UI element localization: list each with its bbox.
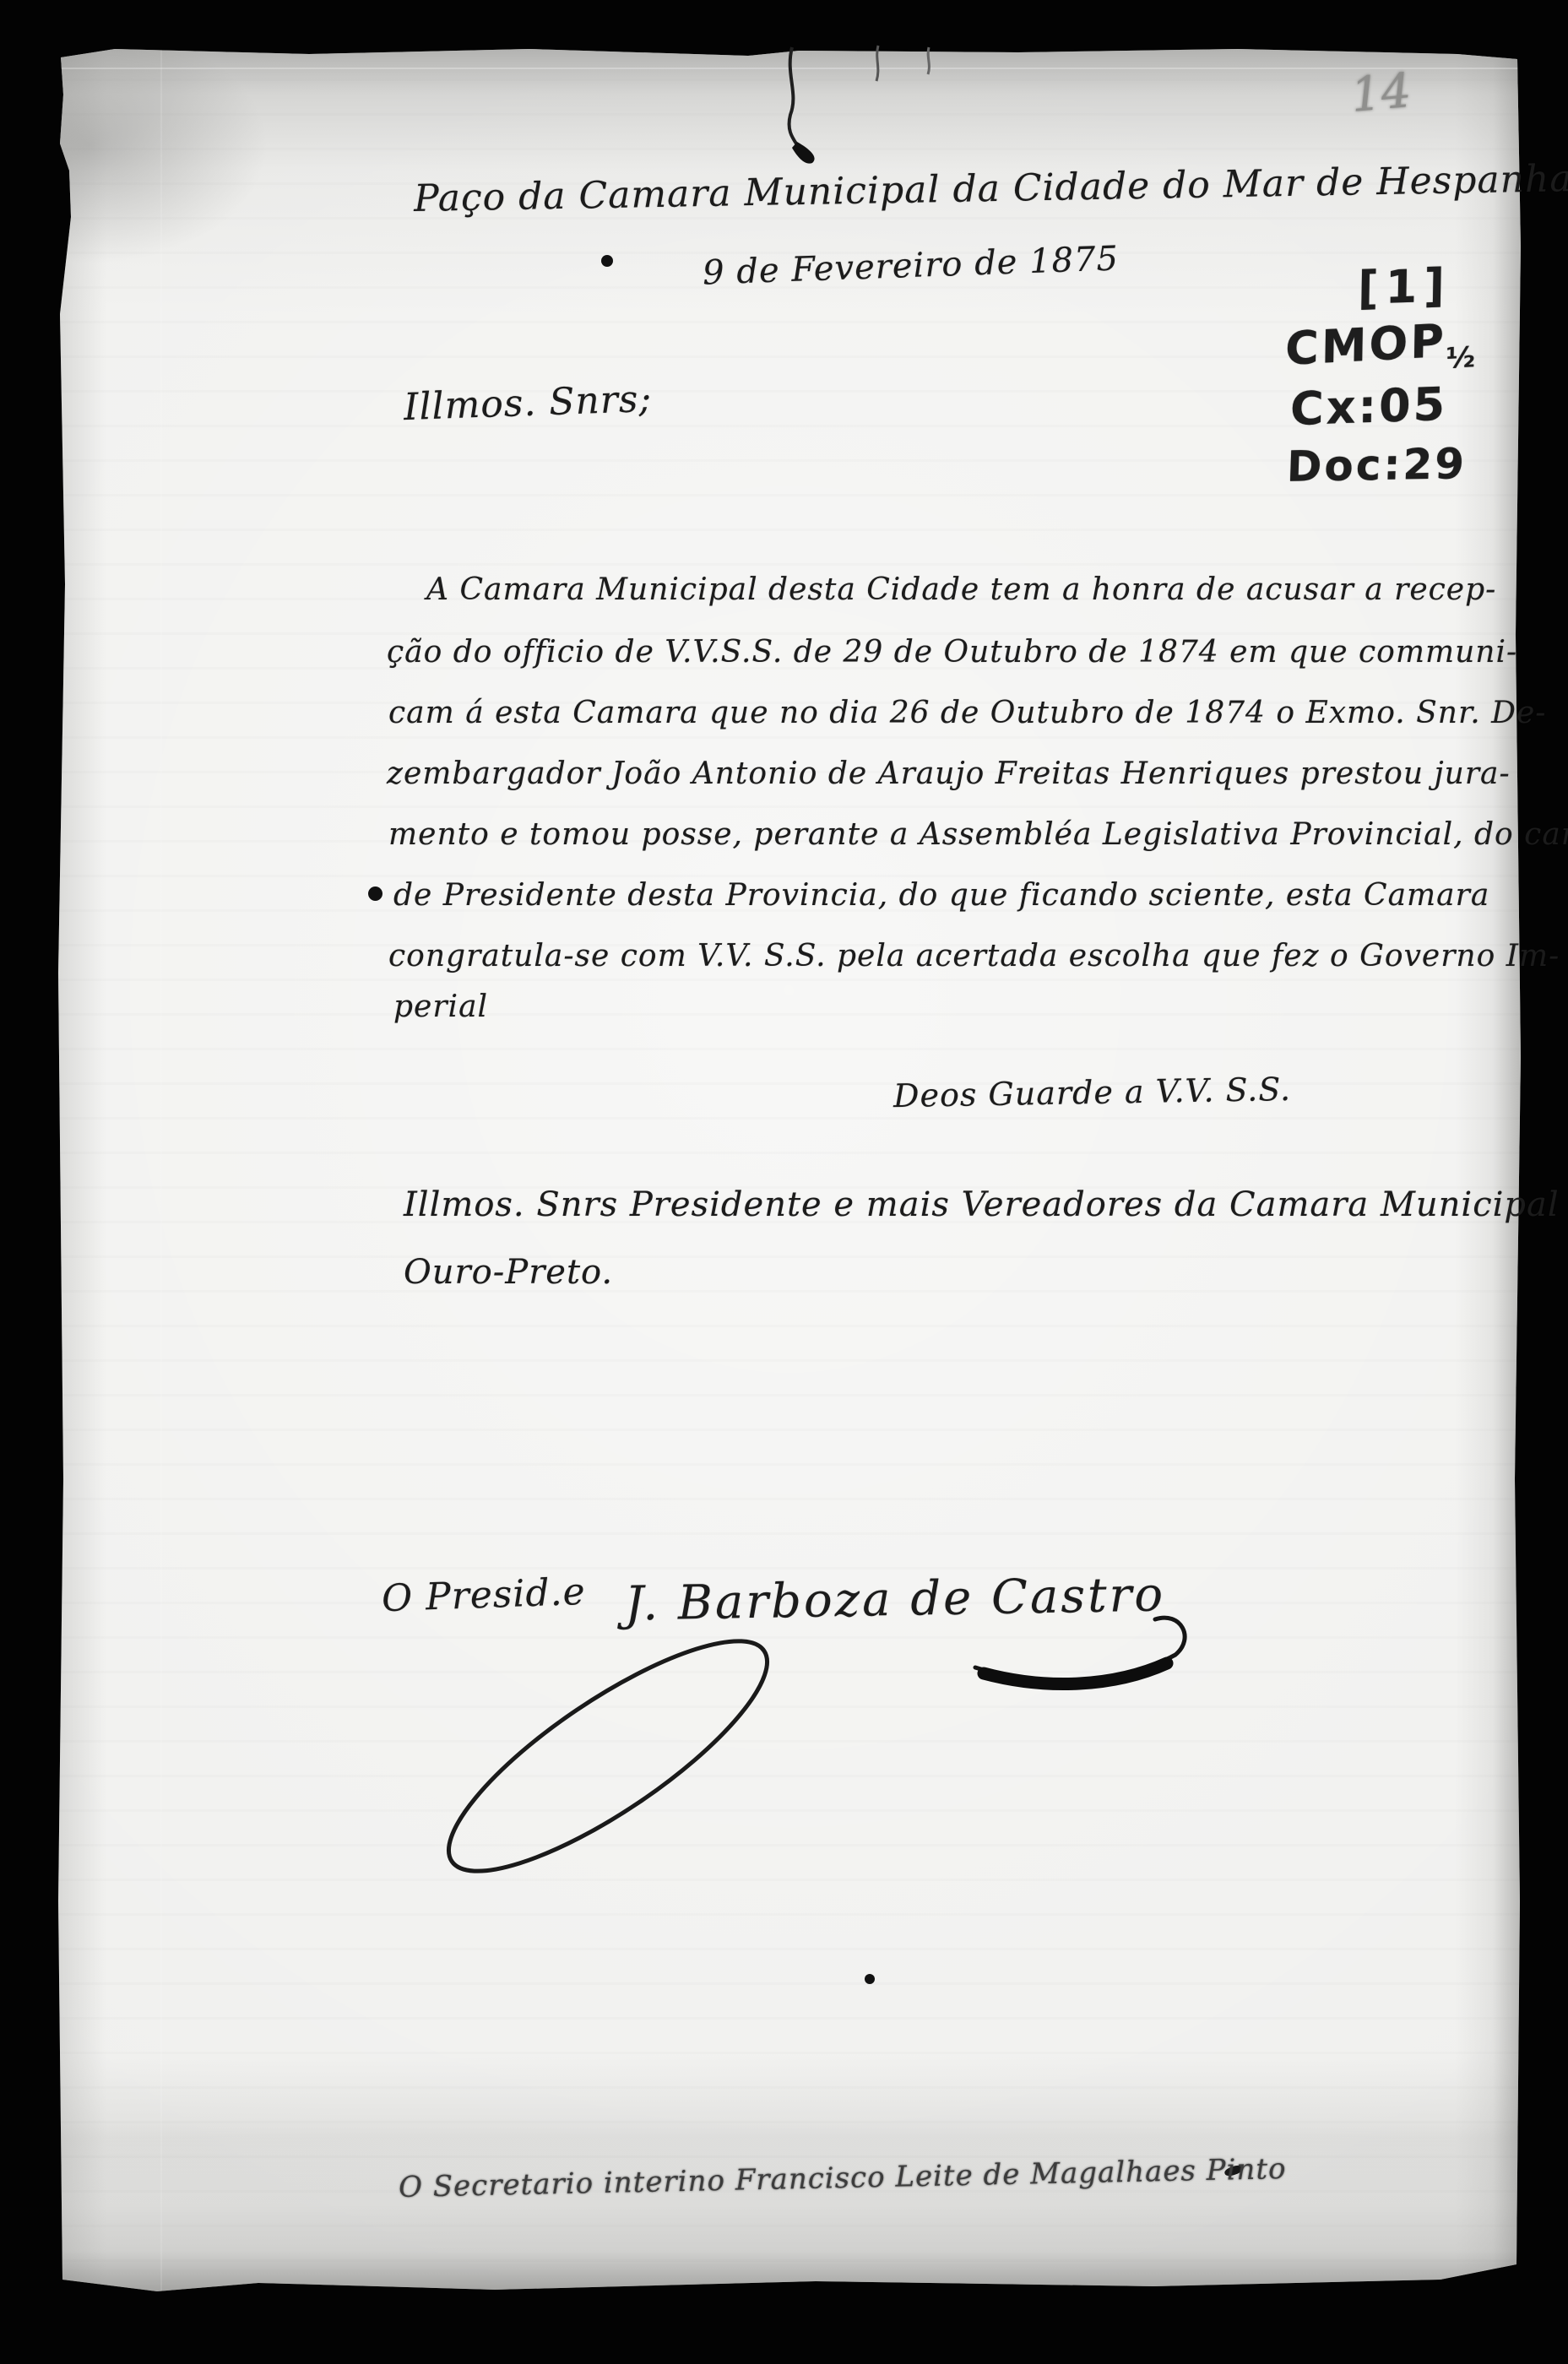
pencil-page-number: 14: [1348, 63, 1413, 123]
stamp-fund-fraction: ½: [1446, 340, 1475, 375]
stamp-fund-text: CMOP: [1285, 314, 1447, 376]
body-line: congratula-se com V.V. S.S. pela acertad…: [388, 939, 1560, 973]
closing-formula: Deos Guarde a V.V. S.S.: [893, 1071, 1292, 1114]
body-line: mento e tomou posse, perante a Assembléa…: [388, 817, 1568, 852]
scanned-letter-page: 14 Paço da Camara Municipal da Cidade do…: [0, 0, 1568, 2364]
vertical-crease: [160, 44, 162, 2297]
ink-dot: [865, 1974, 875, 1984]
body-line: perial: [393, 990, 488, 1024]
body-line: ção do officio de V.V.S.S. de 29 de Outu…: [387, 635, 1517, 670]
stamp-index: [1]: [1357, 258, 1451, 315]
stamp-box: Cx:05: [1290, 377, 1448, 436]
stamp-fund: CMOP½: [1285, 312, 1476, 383]
address-line: Ouro-Preto.: [404, 1253, 613, 1292]
salutation: Illmos. Snrs;: [403, 377, 653, 429]
body-line: zembargador João Antonio de Araujo Freit…: [387, 756, 1511, 791]
body-line: A Camara Municipal desta Cidade tem a ho…: [426, 572, 1496, 607]
address-line: Illmos. Snrs Presidente e mais Vereadore…: [404, 1185, 1568, 1224]
body-line: cam á esta Camara que no dia 26 de Outub…: [388, 696, 1546, 730]
ink-dot: [368, 886, 383, 901]
stamp-doc: Doc:29: [1286, 439, 1468, 491]
ink-dot: [601, 255, 613, 267]
body-line: de Presidente desta Provincia, do que fi…: [393, 878, 1489, 913]
signature-flourish: [363, 1553, 1267, 1908]
paper-tear: [760, 41, 946, 184]
